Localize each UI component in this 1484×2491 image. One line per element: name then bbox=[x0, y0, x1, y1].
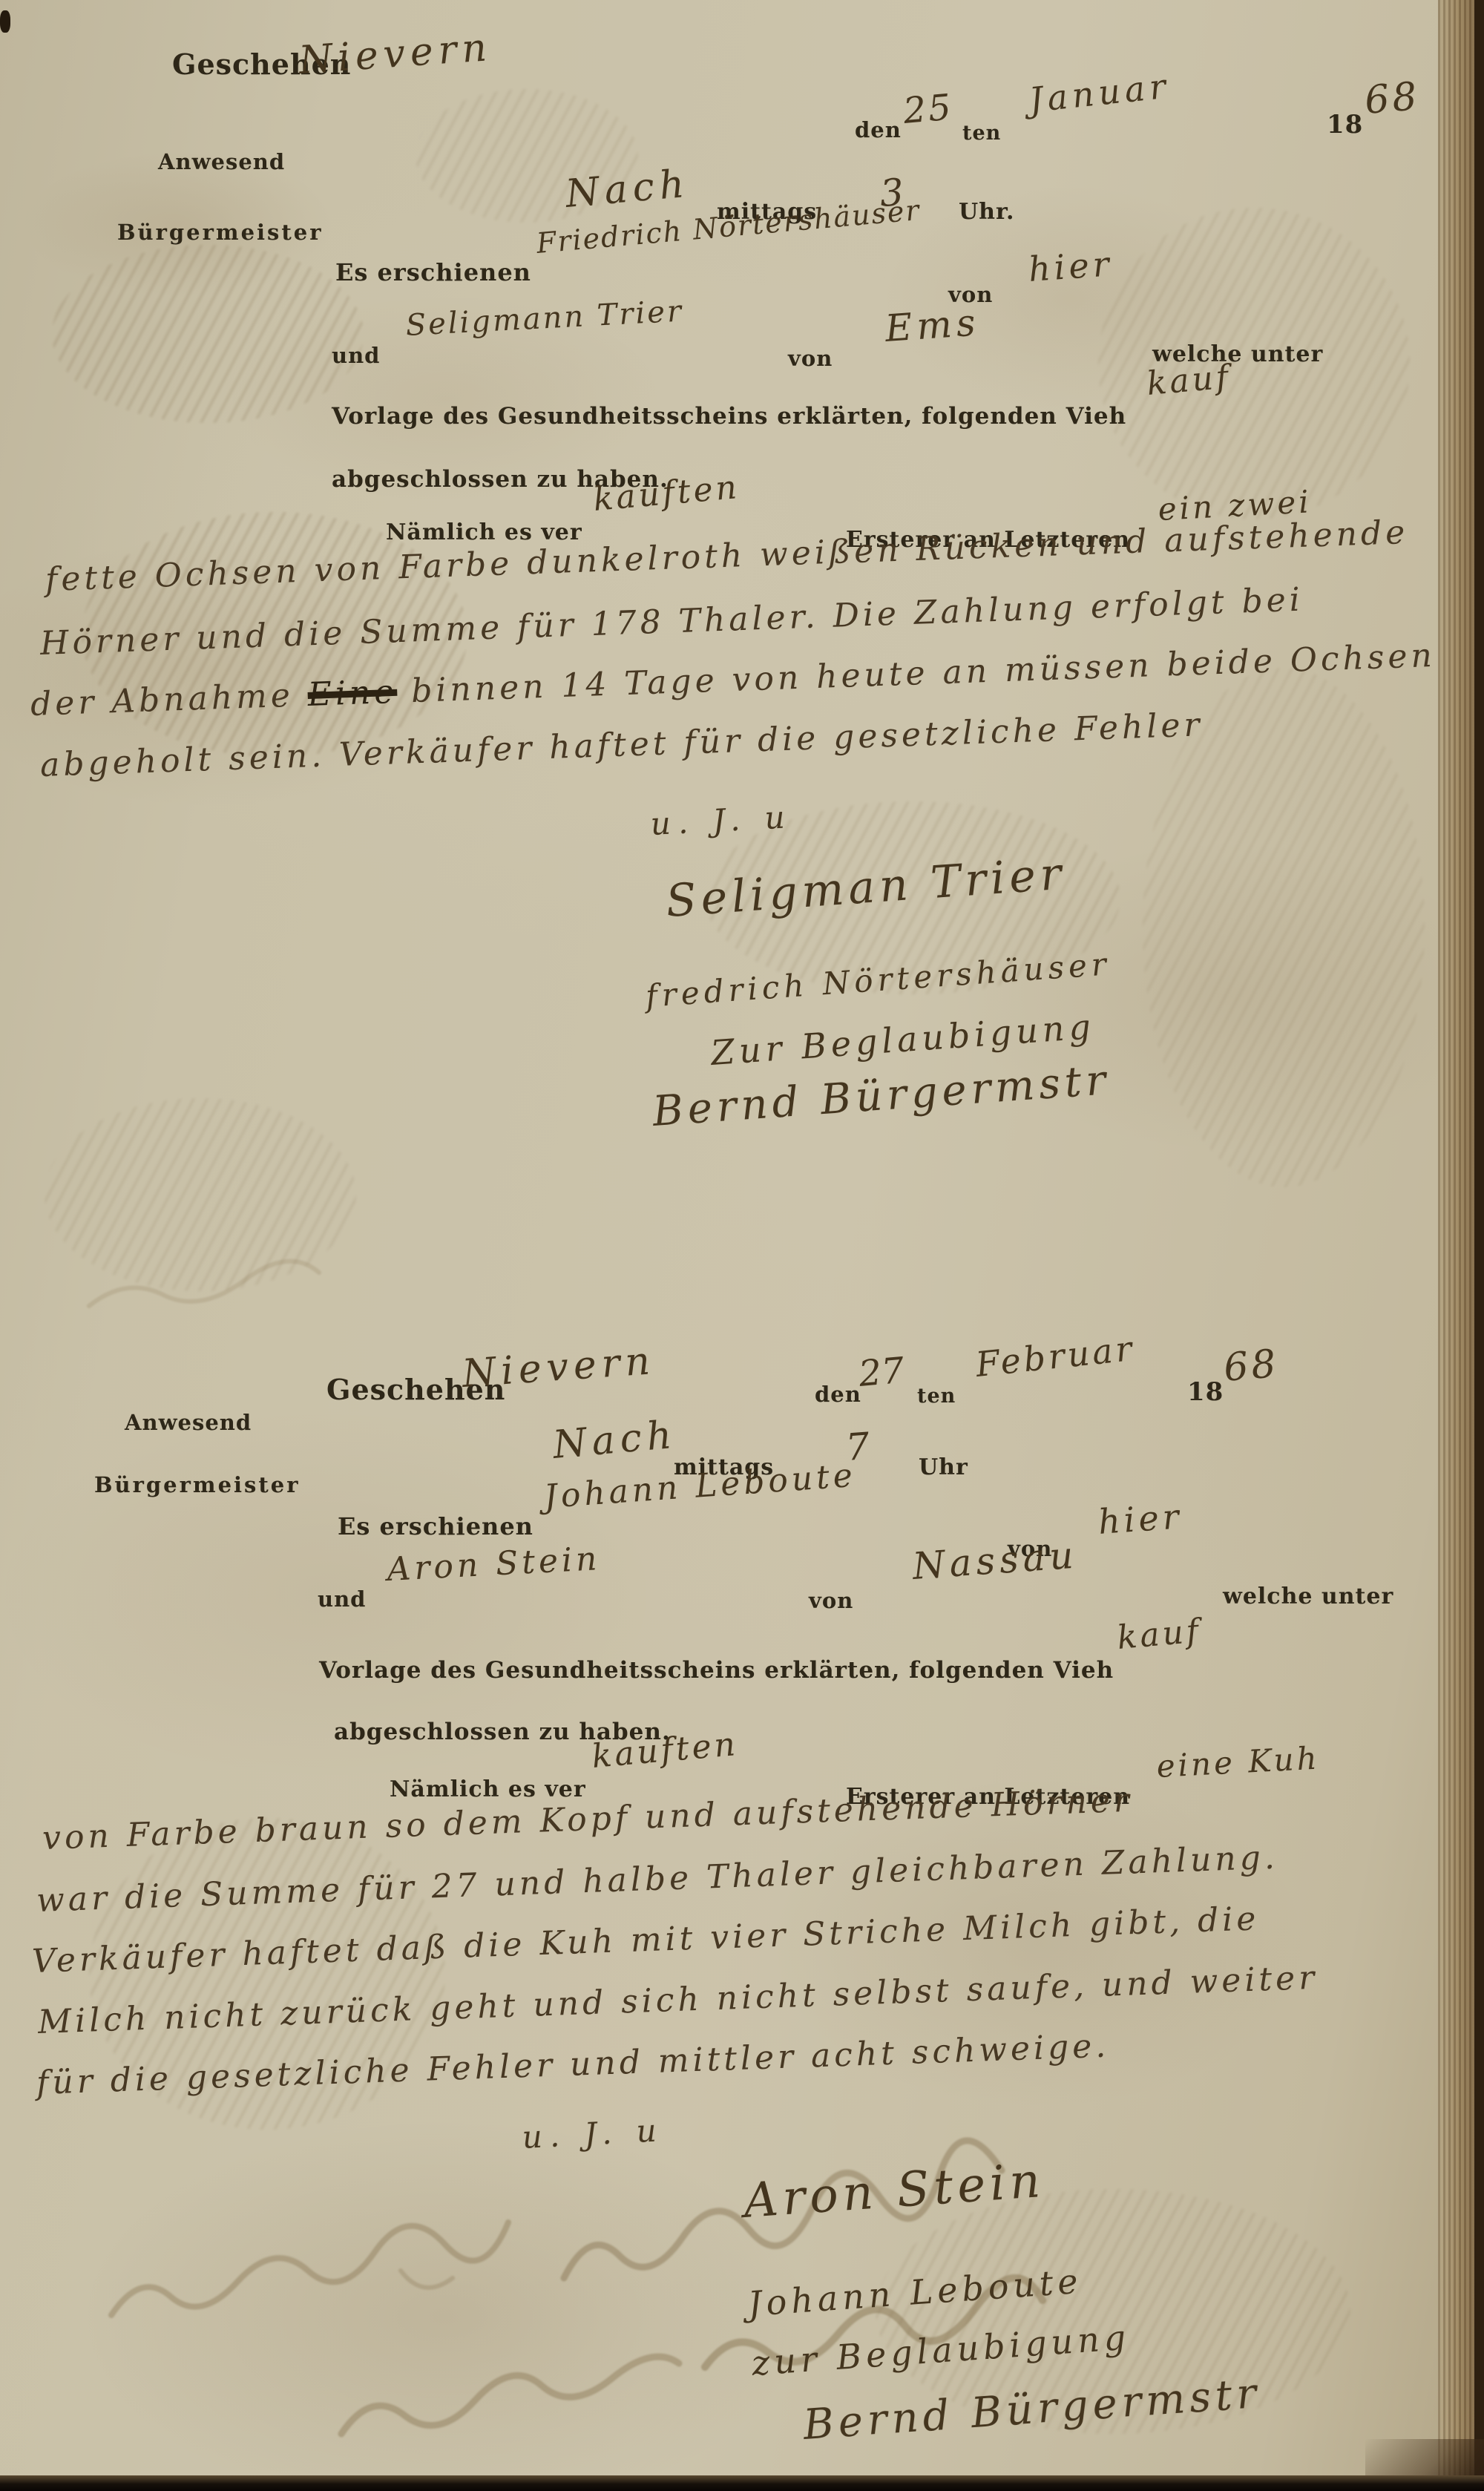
entry1-den-label: den bbox=[855, 117, 902, 142]
scan-bottom-edge bbox=[0, 2475, 1484, 2491]
entry1-day-handwritten: 25 bbox=[902, 86, 955, 132]
entry2-person2-handwritten: Aron Stein bbox=[386, 1540, 601, 1589]
entry2-uhr-label: Uhr bbox=[919, 1454, 968, 1480]
entry1-vorlage-line: Vorlage des Gesundheitsscheins erklärten… bbox=[332, 403, 1126, 430]
entry2-anwesend-label: Anwesend bbox=[125, 1410, 252, 1435]
entry2-buergermeister-label: Bürgermeister bbox=[94, 1472, 301, 1497]
entry1-ten-label: ten bbox=[962, 122, 1001, 145]
entry1-person2-handwritten: Seligmann Trier bbox=[405, 294, 685, 343]
entry2-naemlich-label: Nämlich es ver bbox=[390, 1776, 586, 1802]
entry1-closing-mark: u. J. u bbox=[649, 798, 792, 842]
entry1-signature-buyer: Seligman Trier bbox=[664, 848, 1067, 928]
entry1-body-line3-post: binnen 14 Tage von heute an müssen beide… bbox=[410, 637, 1436, 710]
entry2-place-handwritten: Nievern bbox=[461, 1339, 657, 1397]
entry1-signature-seller: fredrich Nörtershäuser bbox=[645, 945, 1112, 1014]
entry2-von2-label: von bbox=[809, 1588, 853, 1613]
entry2-den-label: den bbox=[815, 1382, 861, 1407]
entry2-closing-mark: u. J. u bbox=[521, 2112, 664, 2156]
entry1-es-erschienen-label: Es erschienen bbox=[335, 258, 531, 286]
entry1-body-line3-pre: der Abnahme bbox=[30, 677, 294, 723]
entry2-day-handwritten: 27 bbox=[857, 1350, 906, 1395]
entry2-body-line5: für die gesetzliche Fehler und mittler a… bbox=[36, 2027, 1110, 2102]
entry2-signature-seller: Johann Leboute bbox=[746, 2261, 1083, 2324]
book-cover-edge bbox=[1474, 0, 1484, 2491]
entry2-signature-buyer: Aron Stein bbox=[742, 2153, 1046, 2229]
entry2-ten-label: ten bbox=[917, 1385, 956, 1408]
entry2-place1-handwritten: hier bbox=[1097, 1496, 1183, 1542]
entry1-place2-handwritten: Ems bbox=[884, 301, 981, 350]
entry1-nach-handwritten: Nach bbox=[564, 162, 692, 217]
entry2-kauf-handwritten: kauf bbox=[1116, 1612, 1204, 1657]
entry2-nach-handwritten: Nach bbox=[551, 1413, 679, 1468]
entry2-month-handwritten: Februar bbox=[974, 1328, 1137, 1385]
scan-speck bbox=[0, 10, 10, 33]
entry1-body-line3-struck-word: Eine bbox=[307, 673, 398, 714]
entry1-buergermeister-label: Bürgermeister bbox=[117, 220, 324, 245]
entry2-signature-mayor: Bernd Bürgermstr bbox=[801, 2369, 1262, 2449]
entry2-year-printed: 18 bbox=[1187, 1377, 1224, 1407]
entry2-es-erschienen-label: Es erschienen bbox=[338, 1512, 533, 1540]
ink-bleed-smudge bbox=[1143, 668, 1425, 1187]
entry2-opening-handwritten: eine Kuh bbox=[1155, 1740, 1320, 1785]
entry1-von2-label: von bbox=[788, 346, 833, 371]
ink-bleed-smudge bbox=[45, 1098, 356, 1291]
entry1-place-handwritten: Nievern bbox=[298, 25, 493, 83]
entry2-und-label: und bbox=[318, 1586, 366, 1612]
entry1-anwesend-label: Anwesend bbox=[158, 149, 285, 174]
ink-bleed-smudge bbox=[52, 245, 364, 423]
scanned-register-page: Geschehen Nievern den 25 ten Januar 18 6… bbox=[0, 0, 1484, 2491]
entry1-und-label: und bbox=[332, 343, 380, 368]
entry1-uhr-label: Uhr. bbox=[959, 199, 1014, 225]
entry2-body-line1: von Farbe braun so dem Kopf und aufstehe… bbox=[42, 1782, 1133, 1857]
verso-bleedthrough-writing bbox=[0, 0, 1484, 2491]
entry1-place1-handwritten: hier bbox=[1027, 243, 1114, 289]
entry2-year-handwritten: 68 bbox=[1222, 1342, 1281, 1391]
entry1-month-handwritten: Januar bbox=[1027, 65, 1172, 120]
entry2-vorlage-line: Vorlage des Gesundheitsscheins erklärten… bbox=[319, 1657, 1114, 1684]
entry1-naemlich-label: Nämlich es ver bbox=[386, 519, 582, 545]
entry2-welche-unter-label: welche unter bbox=[1223, 1583, 1393, 1609]
entry1-kauf-handwritten: kauf bbox=[1146, 358, 1233, 403]
entry1-body-line4: abgeholt sein. Verkäufer haftet für die … bbox=[39, 706, 1204, 784]
entry1-year-handwritten: 68 bbox=[1363, 74, 1422, 123]
entry2-beglaubigung-line: zur Beglaubigung bbox=[750, 2317, 1132, 2383]
entry2-place2-handwritten: Nassau bbox=[911, 1534, 1079, 1588]
entry1-year-printed: 18 bbox=[1327, 110, 1363, 140]
